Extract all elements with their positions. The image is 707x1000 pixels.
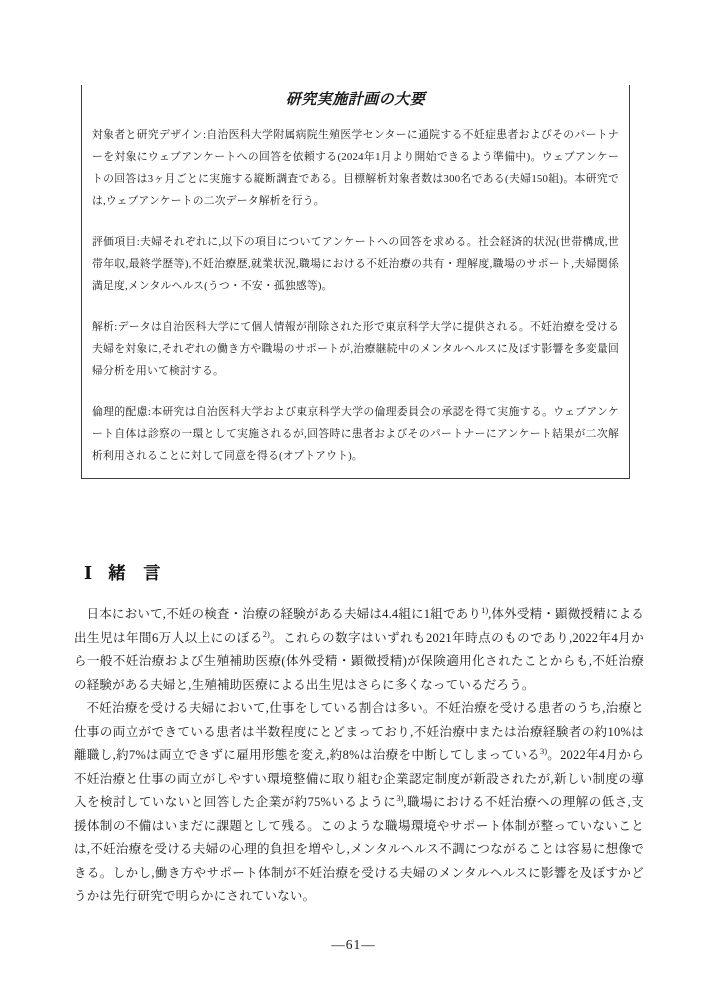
summary-paragraph: 対象者と研究デザイン:自治医科大学附属病院生殖医学センターに通院する不妊症患者お… [92,124,619,212]
page-number: —61— [331,937,376,952]
section-heading-introduction: Ⅰ緒 言 [84,561,161,585]
section-heading-title: 緒 言 [108,563,161,583]
summary-box-paragraphs: 対象者と研究デザイン:自治医科大学附属病院生殖医学センターに通院する不妊症患者お… [92,124,619,467]
reference-mark: 2) [263,629,270,639]
summary-paragraph: 倫理的配慮:本研究は自治医科大学および東京科学大学の倫理委員会の承認を得て実施す… [92,401,619,467]
summary-paragraph: 解析:データは自治医科大学にて個人情報が削除された形で東京科学大学に提供される。… [92,316,619,382]
introduction-paragraph: 日本において,不妊の検査・治療の経験がある夫婦は4.4組に1組であり1),体外受… [74,603,644,697]
introduction-paragraph: 不妊治療を受ける夫婦において,仕事をしている割合は多い。不妊治療を受ける患者のう… [74,697,644,909]
document-page: 研究実施計画の大要 対象者と研究デザイン:自治医科大学附属病院生殖医学センターに… [0,0,707,1000]
summary-box-title: 研究実施計画の大要 [92,90,619,111]
page-footer: —61— [0,936,707,954]
introduction-body: 日本において,不妊の検査・治療の経験がある夫婦は4.4組に1組であり1),体外受… [74,603,644,909]
summary-paragraph: 評価項目:夫婦それぞれに,以下の項目についてアンケートへの回答を求める。社会経済… [92,231,619,297]
research-plan-summary-box: 研究実施計画の大要 対象者と研究デザイン:自治医科大学附属病院生殖医学センターに… [81,85,630,479]
reference-mark: 3) [540,746,547,756]
section-heading-number: Ⅰ [84,563,92,583]
